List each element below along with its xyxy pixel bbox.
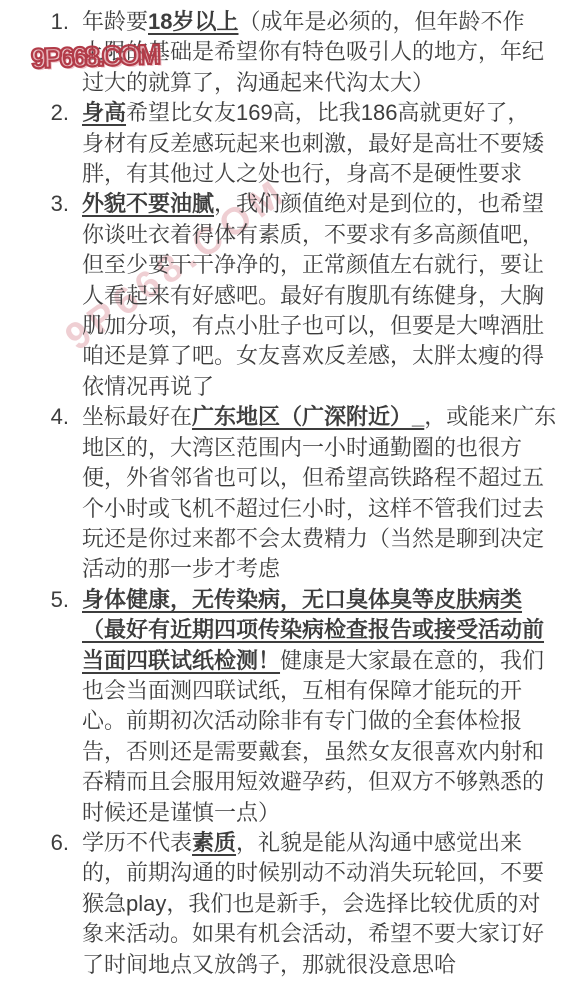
text-segment: 个小时或飞机不超过仨小时，这样不管我们过去 <box>82 496 544 521</box>
text-line: 个小时或飞机不超过仨小时，这样不管我们过去 <box>82 494 588 524</box>
text-line: 肌加分项，有点小肚子也可以，但要是大啤酒肚 <box>82 311 588 341</box>
text-line: 便，外省邻省也可以，但希望高铁路程不超过五 <box>82 463 588 493</box>
text-segment: 心。前期初次活动除非有专门做的全套体检报 <box>82 708 522 733</box>
text-line: 咱还是算了吧。女友喜欢反差感，太胖太瘦的得 <box>82 341 588 371</box>
text-line: 告，否则还是需要戴套，虽然女友很喜欢内射和 <box>82 737 588 767</box>
text-line: 的，前期沟通的时候别动不动消失玩轮回，不要 <box>82 858 588 888</box>
emphasized-text: （最好有近期四项传染病检查报告或接受活动前 <box>82 617 544 642</box>
list-item: 2.身高希望比女友169高，比我186高就更好了，身材有反差感玩起来也刺激，最好… <box>0 98 588 189</box>
item-number: 6. <box>0 828 82 858</box>
text-segment: 玩还是你过来都不会太费精力（当然是聊到决定 <box>82 526 544 551</box>
text-segment: 年龄要 <box>82 9 148 34</box>
text-segment: 便，外省邻省也可以，但希望高铁路程不超过五 <box>82 465 544 490</box>
text-segment: 过大的就算了，沟通起来代沟太大） <box>82 70 434 95</box>
text-segment: 学历不代表 <box>82 830 192 855</box>
text-line: 坐标最好在广东地区（广深附近）_，或能来广东 <box>82 402 588 432</box>
text-segment: 吞精而且会服用短效避孕药，但双方不够熟悉的 <box>82 769 544 794</box>
list-item: 6.学历不代表素质，礼貌是能从沟通中感觉出来的，前期沟通的时候别动不动消失玩轮回… <box>0 828 588 980</box>
text-line: （最好有近期四项传染病检查报告或接受活动前 <box>82 615 588 645</box>
list-item: 5.身体健康，无传染病，无口臭体臭等皮肤病类（最好有近期四项传染病检查报告或接受… <box>0 585 588 828</box>
text-segment: 告，否则还是需要戴套，虽然女友很喜欢内射和 <box>82 739 544 764</box>
text-line: 上限的基础是希望你有特色吸引人的地方，年纪 <box>82 37 588 67</box>
text-segment: 坐标最好在 <box>82 404 192 429</box>
text-line: 吞精而且会服用短效避孕药，但双方不够熟悉的 <box>82 767 588 797</box>
item-text: 外貌不要油腻，我们颜值绝对是到位的，也希望你谈吐衣着得体有素质，不要求有多高颜值… <box>82 189 588 402</box>
text-line: 象来活动。如果有机会活动，希望不要大家订好 <box>82 919 588 949</box>
text-line: 心。前期初次活动除非有专门做的全套体检报 <box>82 706 588 736</box>
item-text: 身体健康，无传染病，无口臭体臭等皮肤病类（最好有近期四项传染病检查报告或接受活动… <box>82 585 588 828</box>
text-segment: 了时间地点又放鸽子，那就很没意思哈 <box>82 952 456 977</box>
list-item: 1.年龄要18岁以上（成年是必须的，但年龄不作上限的基础是希望你有特色吸引人的地… <box>0 7 588 98</box>
item-number: 3. <box>0 189 82 219</box>
text-line: 也会当面测四联试纸，互相有保障才能玩的开 <box>82 676 588 706</box>
list-item: 3.外貌不要油腻，我们颜值绝对是到位的，也希望你谈吐衣着得体有素质，不要求有多高… <box>0 189 588 402</box>
text-line: 年龄要18岁以上（成年是必须的，但年龄不作 <box>82 7 588 37</box>
text-segment: 猴急play，我们也是新手，会选择比较优质的对 <box>82 891 540 916</box>
list-item: 4.坐标最好在广东地区（广深附近）_，或能来广东地区的，大湾区范围内一小时通勤圈… <box>0 402 588 584</box>
text-line: 了时间地点又放鸽子，那就很没意思哈 <box>82 950 588 980</box>
text-segment: 也会当面测四联试纸，互相有保障才能玩的开 <box>82 678 522 703</box>
text-line: 身高希望比女友169高，比我186高就更好了， <box>82 98 588 128</box>
text-segment: 身材有反差感玩起来也刺激，最好是高壮不要矮 <box>82 131 544 156</box>
text-line: 学历不代表素质，礼貌是能从沟通中感觉出来 <box>82 828 588 858</box>
emphasized-text: 外貌不要油腻 <box>82 191 214 216</box>
text-line: 依情况再说了 <box>82 372 588 402</box>
text-line: 你谈吐衣着得体有素质，不要求有多高颜值吧， <box>82 220 588 250</box>
text-line: 但至少要干干净净的，正常颜值左右就行，要让 <box>82 250 588 280</box>
item-text: 学历不代表素质，礼貌是能从沟通中感觉出来的，前期沟通的时候别动不动消失玩轮回，不… <box>82 828 588 980</box>
item-number: 4. <box>0 402 82 432</box>
text-line: 外貌不要油腻，我们颜值绝对是到位的，也希望 <box>82 189 588 219</box>
text-segment: 的，前期沟通的时候别动不动消失玩轮回，不要 <box>82 860 544 885</box>
text-line: 身材有反差感玩起来也刺激，最好是高壮不要矮 <box>82 129 588 159</box>
item-number: 5. <box>0 585 82 615</box>
text-segment: 地区的，大湾区范围内一小时通勤圈的也很方 <box>82 435 522 460</box>
text-line: 人看起来有好感吧。最好有腹肌有练健身，大胸 <box>82 281 588 311</box>
emphasized-text: 广东地区（广深附近）_ <box>192 404 424 429</box>
text-line: 过大的就算了，沟通起来代沟太大） <box>82 68 588 98</box>
text-segment: ，或能来广东 <box>424 404 556 429</box>
text-line: 当面四联试纸检测！健康是大家最在意的，我们 <box>82 646 588 676</box>
emphasized-text: 身高 <box>82 100 126 125</box>
text-segment: 希望比女友169高，比我186高就更好了， <box>126 100 529 125</box>
text-line: 地区的，大湾区范围内一小时通勤圈的也很方 <box>82 433 588 463</box>
text-segment: 时候还是谨慎一点） <box>82 800 280 825</box>
emphasized-text: 18岁以上 <box>148 9 238 34</box>
requirements-list: 1.年龄要18岁以上（成年是必须的，但年龄不作上限的基础是希望你有特色吸引人的地… <box>0 7 588 980</box>
text-segment: 上限的基础是希望你有特色吸引人的地方，年纪 <box>82 39 544 64</box>
text-segment: 活动的那一步才考虑 <box>82 556 280 581</box>
text-line: 活动的那一步才考虑 <box>82 554 588 584</box>
text-segment: 但至少要干干净净的，正常颜值左右就行，要让 <box>82 252 544 277</box>
text-segment: 依情况再说了 <box>82 374 214 399</box>
text-segment: 肌加分项，有点小肚子也可以，但要是大啤酒肚 <box>82 313 544 338</box>
text-segment: 你谈吐衣着得体有素质，不要求有多高颜值吧， <box>82 222 544 247</box>
item-text: 身高希望比女友169高，比我186高就更好了，身材有反差感玩起来也刺激，最好是高… <box>82 98 588 189</box>
page: 9P668.COM 1.年龄要18岁以上（成年是必须的，但年龄不作上限的基础是希… <box>0 0 588 1000</box>
text-segment: ，我们颜值绝对是到位的，也希望 <box>214 191 544 216</box>
text-segment: ，礼貌是能从沟通中感觉出来 <box>236 830 522 855</box>
text-line: 胖，有其他过人之处也行，身高不是硬性要求 <box>82 159 588 189</box>
text-segment: 咱还是算了吧。女友喜欢反差感，太胖太瘦的得 <box>82 343 544 368</box>
emphasized-text: 素质 <box>192 830 236 855</box>
text-line: 时候还是谨慎一点） <box>82 798 588 828</box>
text-segment: 人看起来有好感吧。最好有腹肌有练健身，大胸 <box>82 283 544 308</box>
item-text: 坐标最好在广东地区（广深附近）_，或能来广东地区的，大湾区范围内一小时通勤圈的也… <box>82 402 588 584</box>
emphasized-text: 当面四联试纸检测！ <box>82 648 280 673</box>
text-segment: 健康是大家最在意的，我们 <box>280 648 544 673</box>
text-segment: 象来活动。如果有机会活动，希望不要大家订好 <box>82 921 544 946</box>
item-text: 年龄要18岁以上（成年是必须的，但年龄不作上限的基础是希望你有特色吸引人的地方，… <box>82 7 588 98</box>
emphasized-text: 身体健康，无传染病，无口臭体臭等皮肤病类 <box>82 587 522 612</box>
item-number: 2. <box>0 98 82 128</box>
text-line: 猴急play，我们也是新手，会选择比较优质的对 <box>82 889 588 919</box>
item-number: 1. <box>0 7 82 37</box>
text-line: 身体健康，无传染病，无口臭体臭等皮肤病类 <box>82 585 588 615</box>
text-segment: 胖，有其他过人之处也行，身高不是硬性要求 <box>82 161 522 186</box>
text-line: 玩还是你过来都不会太费精力（当然是聊到决定 <box>82 524 588 554</box>
text-segment: （成年是必须的，但年龄不作 <box>239 9 525 34</box>
